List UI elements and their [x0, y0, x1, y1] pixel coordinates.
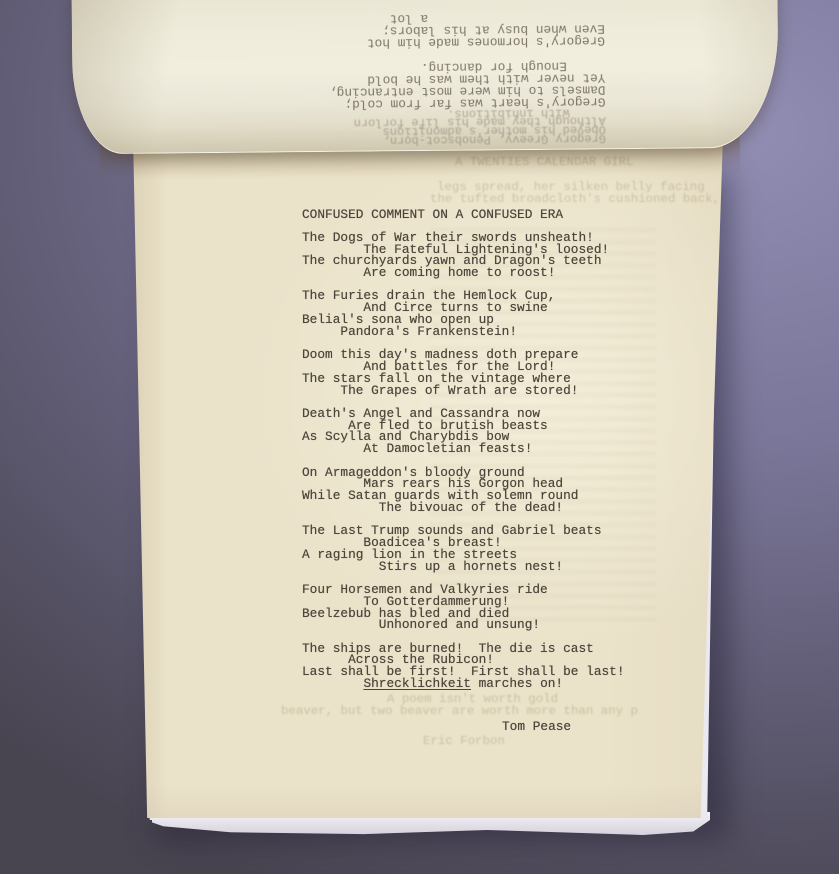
poem-line: Shrecklichkeit marches on!: [302, 678, 625, 690]
poem-stanza: The ships are burned! The die is cast Ac…: [302, 643, 625, 690]
flipped-page-text-upside-down: Gregory Greevy, Penobscot-born,Obeyed hi…: [150, 0, 606, 147]
poem-stanza: Death's Angel and Cassandra now Are fled…: [302, 408, 625, 455]
poem-line: Stirs up a hornets nest!: [302, 561, 625, 573]
poem-line: The bivouac of the dead!: [302, 502, 625, 514]
poem-line: The Grapes of Wrath are stored!: [302, 385, 625, 397]
poem-stanzas: The Dogs of War their swords unsheath! T…: [302, 232, 625, 690]
poem-stanza: The Furies drain the Hemlock Cup, And Ci…: [302, 290, 625, 337]
underlined-word: Shrecklichkeit: [363, 676, 471, 691]
poem-stanza: The Dogs of War their swords unsheath! T…: [302, 232, 625, 279]
poem-stanza: On Armageddon's bloody ground Mars rears…: [302, 467, 625, 514]
poem-body: CONFUSED COMMENT ON A CONFUSED ERA The D…: [302, 209, 625, 733]
flipped-poem-line: a lot: [150, 10, 605, 26]
document-page: CONFUSED COMMENT ON A CONFUSED ERA The D…: [133, 135, 723, 818]
poem-stanza: Doom this day's madness doth prepare And…: [302, 349, 625, 396]
poem-line: Unhonored and unsung!: [302, 619, 625, 631]
author-signature: Tom Pease: [302, 721, 625, 733]
poem-stanza: The Last Trump sounds and Gabriel beats …: [302, 525, 625, 572]
flipped-stanza: Gregory's hormones made him hotEven when…: [150, 10, 605, 50]
flipped-stanza: Gregory's heart was far from cold;Damsel…: [150, 59, 605, 111]
poem-stanza: Four Horsemen and Valkyries ride To Gott…: [302, 584, 625, 631]
flipped-stanza: Gregory Greevy, Penobscot-born,Obeyed hi…: [151, 107, 606, 147]
poem-line: At Damocletian feasts!: [302, 443, 625, 455]
photo-of-typewritten-booklet: CONFUSED COMMENT ON A CONFUSED ERA The D…: [0, 0, 839, 874]
poem-line: Are coming home to roost!: [302, 267, 625, 279]
flipped-up-page: Gregory Greevy, Penobscot-born,Obeyed hi…: [71, 0, 779, 154]
poem-line: Pandora's Frankenstein!: [302, 326, 625, 338]
poem-title: CONFUSED COMMENT ON A CONFUSED ERA: [302, 209, 625, 221]
